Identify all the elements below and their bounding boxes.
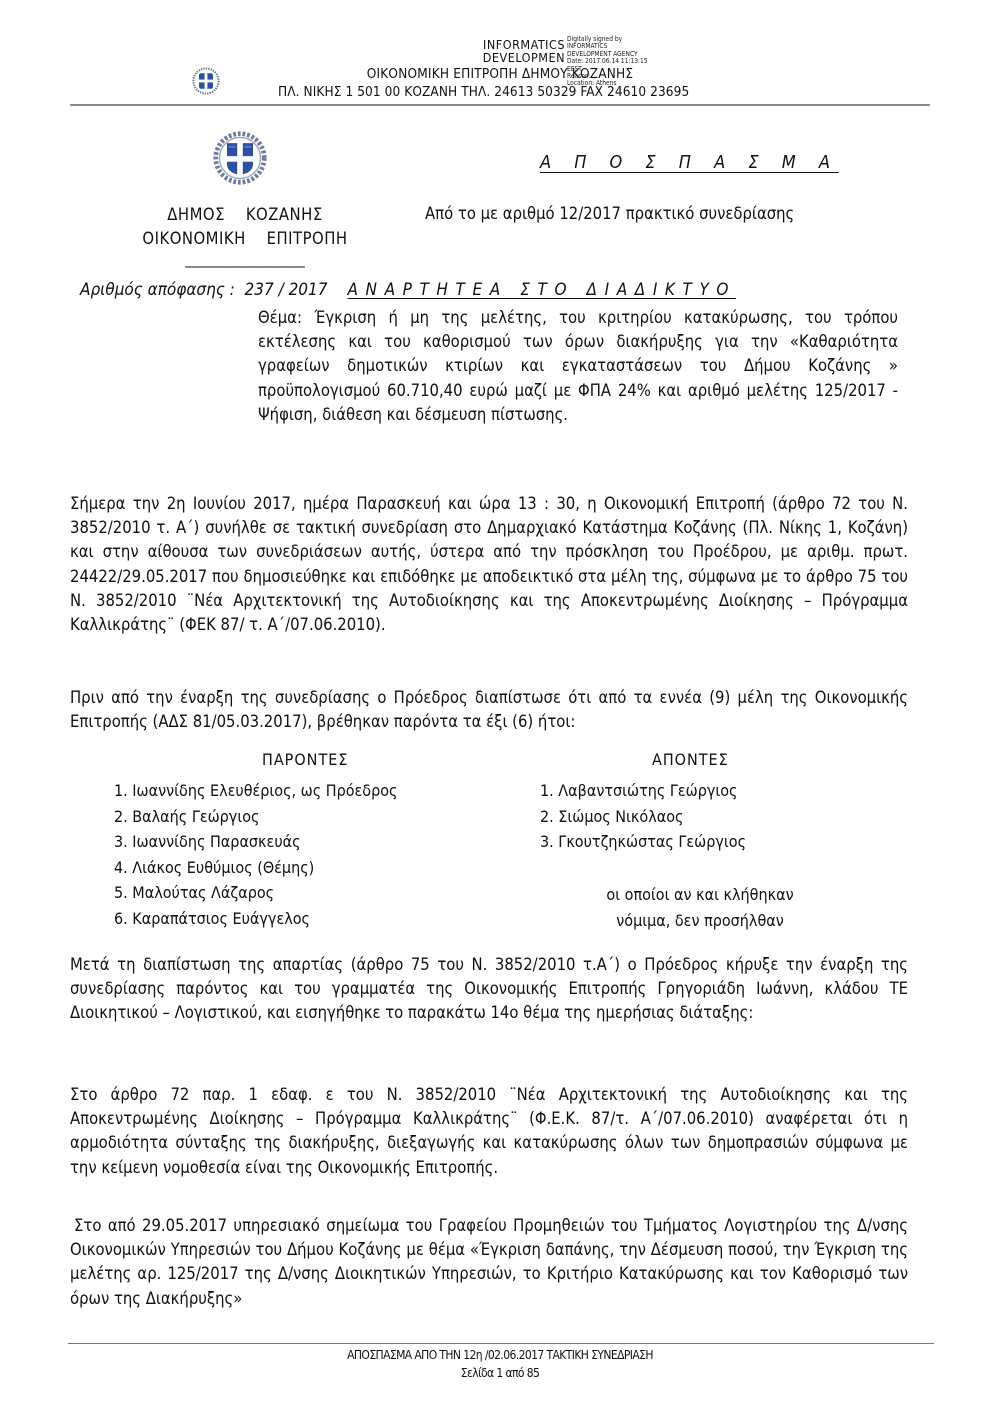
issuer-block: ΔΗΜΟΣ ΚΟΖΑΝΗΣ ΟΙΚΟΝΟΜΙΚΗ ΕΠΙΤΡΟΠΗ xyxy=(100,203,390,251)
list-item: 1. Ιωαννίδης Ελευθέριος, ως Πρόεδρος xyxy=(114,778,398,804)
memo-paragraph: Στο από 29.05.2017 υπηρεσιακό σημείωμα τ… xyxy=(70,1214,908,1311)
issuer-municipality: ΔΗΜΟΣ ΚΟΖΑΝΗΣ xyxy=(100,203,390,227)
list-item: 2. Βαλαής Γεώργιος xyxy=(114,804,398,830)
meeting-paragraph: Σήμερα την 2η Ιουνίου 2017, ημέρα Παρασκ… xyxy=(70,492,908,637)
footer-divider xyxy=(68,1343,934,1344)
legal-basis-paragraph: Στο άρθρο 72 παρ. 1 εδαφ. ε του Ν. 3852/… xyxy=(70,1083,908,1180)
publish-tag: ΑΝΑΡΤΗΤΕΑ ΣΤΟ ΔΙΑΔΙΚΤΥΟ xyxy=(348,280,737,300)
issuer-separator: ___________________ xyxy=(100,252,390,268)
signature-detail: Date: 2017.06.14 11:13:15 xyxy=(567,58,677,65)
absent-note-line: οι οποίοι αν και κλήθηκαν xyxy=(540,882,860,908)
footer-page-number: Σελίδα 1 από 85 xyxy=(0,1366,1000,1380)
absent-note-line: νόμιμα, δεν προσήλθαν xyxy=(540,908,860,934)
subject-paragraph: Θέμα: Έγκριση ή μη της μελέτης, του κριτ… xyxy=(258,306,898,427)
quorum-paragraph: Πριν από την έναρξη της συνεδρίασης ο Πρ… xyxy=(70,686,908,734)
greek-coat-of-arms-icon xyxy=(212,130,268,186)
decision-number: 237 / 2017 xyxy=(245,280,328,300)
agenda-paragraph: Μετά τη διαπίστωση της απαρτίας (άρθρο 7… xyxy=(70,953,908,1026)
list-item: 5. Μαλούτας Λάζαρος xyxy=(114,880,398,906)
list-item: 1. Λαβαντσιώτης Γεώργιος xyxy=(540,778,746,804)
header-divider xyxy=(70,104,930,106)
signature-line: DEVELOPMEN xyxy=(465,51,565,64)
absent-note: οι οποίοι αν και κλήθηκαν νόμιμα, δεν πρ… xyxy=(540,882,860,933)
list-item: 2. Σιώμος Νικόλαος xyxy=(540,804,746,830)
list-item: 4. Λιάκος Ευθύμιος (Θέμης) xyxy=(114,855,398,881)
decision-line: Αριθμός απόφασης : 237 / 2017ΑΝΑΡΤΗΤΕΑ Σ… xyxy=(80,280,736,300)
absent-members-list: 1. Λαβαντσιώτης Γεώργιος 2. Σιώμος Νικόλ… xyxy=(540,778,746,855)
header-committee-title: ΟΙΚΟΝΟΜΙΚΗ ΕΠΙΤΡΟΠΗ ΔΗΜΟΥ ΚΟΖΑΝΗΣ xyxy=(290,66,710,82)
document-title: Α Π Ο Σ Π Α Σ Μ Α xyxy=(540,152,839,173)
footer-extract-title: ΑΠΟΣΠΑΣΜΑ ΑΠΟ ΤΗΝ 12η /02.06.2017 ΤΑΚΤΙΚ… xyxy=(0,1348,1000,1362)
digital-signature-name: INFORMATICS DEVELOPMEN xyxy=(465,38,565,64)
present-heading: ΠΑΡΟΝΤΕΣ xyxy=(262,750,348,769)
list-item: 6. Καραπάτσιος Ευάγγελος xyxy=(114,906,398,932)
list-item: 3. Ιωαννίδης Παρασκευάς xyxy=(114,829,398,855)
list-item: 3. Γκουτζηκώστας Γεώργιος xyxy=(540,829,746,855)
decision-label: Αριθμός απόφασης : xyxy=(80,280,235,300)
header-address: ΠΛ. ΝΙΚΗΣ 1 501 00 ΚΟΖΑΝΗ ΤΗΛ. 24613 503… xyxy=(278,84,738,100)
absent-heading: ΑΠΟΝΤΕΣ xyxy=(652,750,729,769)
present-members-list: 1. Ιωαννίδης Ελευθέριος, ως Πρόεδρος 2. … xyxy=(114,778,398,931)
greek-coat-of-arms-icon xyxy=(192,67,220,95)
minutes-reference: Από το με αριθμό 12/2017 πρακτικό συνεδρ… xyxy=(425,204,794,223)
issuer-committee: ΟΙΚΟΝΟΜΙΚΗ ΕΠΙΤΡΟΠΗ xyxy=(100,227,390,251)
